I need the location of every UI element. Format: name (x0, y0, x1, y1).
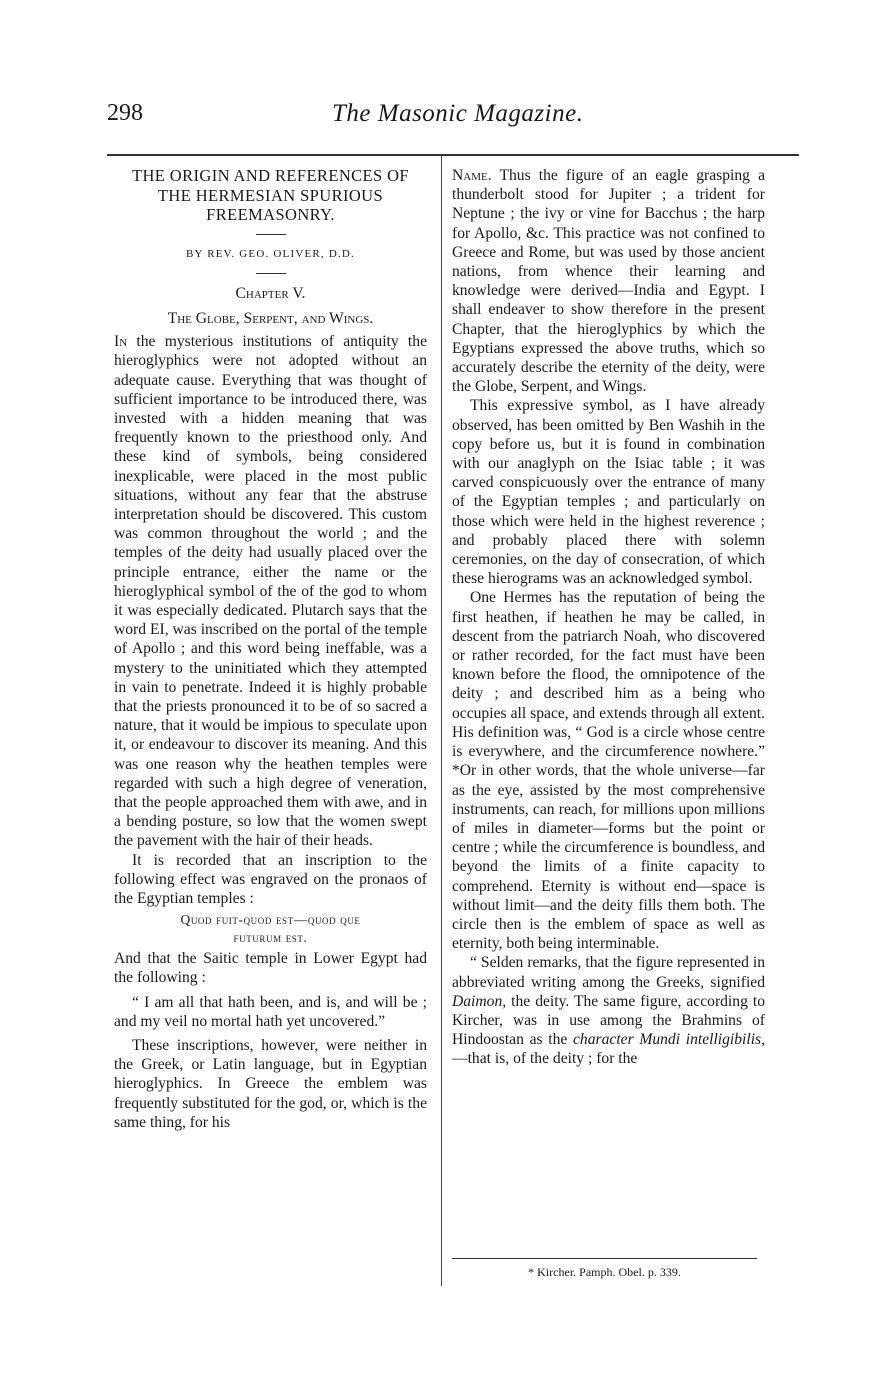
title-rule (256, 234, 286, 235)
italic-term: character Mundi intelligibilis, (573, 1031, 765, 1048)
byline: BY REV. GEO. OLIVER, D.D. (114, 245, 427, 264)
paragraph-text: Thus the figure of an eagle grasping a t… (452, 167, 765, 395)
running-title: The Masonic Magazine. (332, 100, 583, 128)
chapter-subtitle: The Globe, Serpent, and Wings. (114, 309, 427, 328)
inscription-line: futurum est. (234, 930, 308, 945)
title-line: THE ORIGIN AND REFERENCES OF (114, 166, 427, 186)
page-header: 298 The Masonic Magazine. (107, 100, 797, 140)
paragraph: These inscriptions, however, were neithe… (114, 1036, 427, 1132)
footnote-rule (452, 1258, 757, 1259)
title-line: THE HERMESIAN SPURIOUS (114, 186, 427, 206)
paragraph: In the mysterious institutions of antiqu… (114, 332, 427, 850)
page-number: 298 (107, 100, 143, 127)
italic-term: Daimon, (452, 993, 506, 1010)
inscription: Quod fuit-quod est—quod quefuturum est. (114, 911, 427, 947)
paragraph: This expressive symbol, as I have alread… (452, 396, 765, 588)
chapter-heading: Chapter V. (114, 284, 427, 303)
byline-rule (256, 273, 286, 274)
article-title: THE ORIGIN AND REFERENCES OF THE HERMESI… (114, 166, 427, 225)
title-line: FREEMASONRY. (114, 205, 427, 225)
paragraph: One Hermes has the reputation of being t… (452, 588, 765, 953)
paragraph: And that the Saitic temple in Lower Egyp… (114, 949, 427, 987)
paragraph-text: —that is, of the deity ; for the (452, 1050, 637, 1067)
column-divider (441, 156, 442, 1286)
right-column: Name. Thus the figure of an eagle graspi… (452, 166, 765, 1069)
paragraph: “ Selden remarks, that the figure repres… (452, 953, 765, 1068)
inscription-line: Quod fuit-quod est—quod que (180, 912, 360, 927)
paragraph-text: “ Selden remarks, that the figure repres… (452, 954, 765, 990)
paragraph: Name. Thus the figure of an eagle graspi… (452, 166, 765, 396)
paragraph-lead: Name. (452, 167, 492, 184)
quotation: “ I am all that hath been, and is, and w… (114, 993, 427, 1031)
header-rule (107, 154, 799, 156)
left-column: THE ORIGIN AND REFERENCES OF THE HERMESI… (114, 166, 427, 1132)
paragraph-text: the mysterious institutions of antiquity… (114, 333, 427, 849)
paragraph: It is recorded that an inscription to th… (114, 851, 427, 909)
paragraph-lead: In (114, 333, 127, 350)
footnote: * Kircher. Pamph. Obel. p. 339. (452, 1265, 757, 1280)
